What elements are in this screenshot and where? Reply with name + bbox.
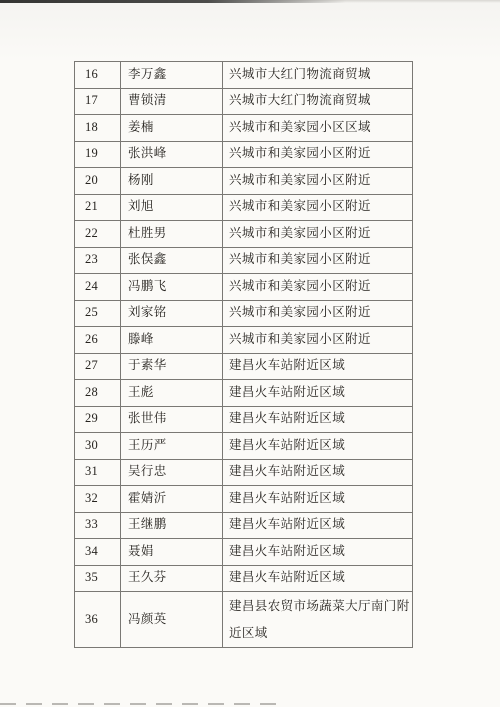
roster-table: 16 李万鑫 兴城市大红门物流商贸城 17 曹锁清 兴城市大红门物流商贸城 18… (74, 61, 413, 648)
location-cell: 兴城市和美家园小区附近 (223, 141, 413, 168)
row-number-cell: 19 (75, 141, 121, 168)
scan-artifact-top-dark-line (0, 0, 346, 3)
location-cell: 兴城市和美家园小区附近 (223, 194, 413, 221)
table-row: 29 张世伟 建昌火车站附近区域 (75, 406, 413, 433)
table-row: 16 李万鑫 兴城市大红门物流商贸城 (75, 62, 413, 89)
row-number-cell: 35 (75, 565, 121, 592)
table-row: 17 曹锁清 兴城市大红门物流商贸城 (75, 88, 413, 115)
location-cell: 建昌火车站附近区域 (223, 380, 413, 407)
row-number-cell: 32 (75, 486, 121, 513)
table-row: 36 冯颜英 建昌县农贸市场蔬菜大厅南门附近区域 (75, 592, 413, 648)
location-cell: 建昌火车站附近区域 (223, 486, 413, 513)
location-cell: 兴城市和美家园小区附近 (223, 247, 413, 274)
person-name-cell: 冯颜英 (121, 592, 223, 648)
row-number-cell: 27 (75, 353, 121, 380)
row-number-cell: 28 (75, 380, 121, 407)
table-row: 20 杨刚 兴城市和美家园小区附近 (75, 168, 413, 195)
person-name-cell: 冯鹏飞 (121, 274, 223, 301)
location-cell: 建昌火车站附近区域 (223, 459, 413, 486)
table-row: 33 王继鹏 建昌火车站附近区域 (75, 512, 413, 539)
table-row: 18 姜楠 兴城市和美家园小区区域 (75, 115, 413, 142)
person-name-cell: 吴行忠 (121, 459, 223, 486)
table-row: 30 王历严 建昌火车站附近区域 (75, 433, 413, 460)
person-name-cell: 刘家铭 (121, 300, 223, 327)
scan-artifact-bottom-edge (0, 703, 286, 705)
person-name-cell: 于素华 (121, 353, 223, 380)
roster-table-container: 16 李万鑫 兴城市大红门物流商贸城 17 曹锁清 兴城市大红门物流商贸城 18… (74, 61, 413, 648)
row-number-cell: 34 (75, 539, 121, 566)
row-number-cell: 31 (75, 459, 121, 486)
table-row: 23 张俣鑫 兴城市和美家园小区附近 (75, 247, 413, 274)
location-cell: 建昌火车站附近区域 (223, 539, 413, 566)
person-name-cell: 刘旭 (121, 194, 223, 221)
row-number-cell: 30 (75, 433, 121, 460)
row-number-cell: 24 (75, 274, 121, 301)
person-name-cell: 王久芬 (121, 565, 223, 592)
location-cell: 兴城市和美家园小区附近 (223, 221, 413, 248)
location-cell: 兴城市和美家园小区附近 (223, 274, 413, 301)
location-cell: 建昌火车站附近区域 (223, 353, 413, 380)
row-number-cell: 36 (75, 592, 121, 648)
person-name-cell: 曹锁清 (121, 88, 223, 115)
location-cell: 兴城市大红门物流商贸城 (223, 62, 413, 89)
person-name-cell: 王历严 (121, 433, 223, 460)
person-name-cell: 王继鹏 (121, 512, 223, 539)
table-row: 22 杜胜男 兴城市和美家园小区附近 (75, 221, 413, 248)
table-row: 28 王彪 建昌火车站附近区域 (75, 380, 413, 407)
location-cell: 建昌火车站附近区域 (223, 512, 413, 539)
table-row: 31 吴行忠 建昌火车站附近区域 (75, 459, 413, 486)
person-name-cell: 李万鑫 (121, 62, 223, 89)
person-name-cell: 滕峰 (121, 327, 223, 354)
location-cell: 兴城市大红门物流商贸城 (223, 88, 413, 115)
person-name-cell: 杜胜男 (121, 221, 223, 248)
row-number-cell: 17 (75, 88, 121, 115)
table-row: 26 滕峰 兴城市和美家园小区附近 (75, 327, 413, 354)
table-row: 34 聂娟 建昌火车站附近区域 (75, 539, 413, 566)
paper-shading (0, 0, 500, 60)
person-name-cell: 张俣鑫 (121, 247, 223, 274)
row-number-cell: 25 (75, 300, 121, 327)
row-number-cell: 16 (75, 62, 121, 89)
person-name-cell: 王彪 (121, 380, 223, 407)
person-name-cell: 张洪峰 (121, 141, 223, 168)
scanned-document-page: { "colors":{ "paper":"#fbfaf7", "ink":"#… (0, 0, 500, 707)
location-cell: 建昌火车站附近区域 (223, 565, 413, 592)
row-number-cell: 22 (75, 221, 121, 248)
row-number-cell: 20 (75, 168, 121, 195)
person-name-cell: 张世伟 (121, 406, 223, 433)
person-name-cell: 杨刚 (121, 168, 223, 195)
table-row: 19 张洪峰 兴城市和美家园小区附近 (75, 141, 413, 168)
person-name-cell: 聂娟 (121, 539, 223, 566)
roster-table-body: 16 李万鑫 兴城市大红门物流商贸城 17 曹锁清 兴城市大红门物流商贸城 18… (75, 62, 413, 648)
row-number-cell: 18 (75, 115, 121, 142)
location-cell: 兴城市和美家园小区附近 (223, 327, 413, 354)
table-row: 32 霍婧沂 建昌火车站附近区域 (75, 486, 413, 513)
row-number-cell: 33 (75, 512, 121, 539)
person-name-cell: 霍婧沂 (121, 486, 223, 513)
location-cell: 建昌火车站附近区域 (223, 406, 413, 433)
table-row: 27 于素华 建昌火车站附近区域 (75, 353, 413, 380)
location-cell: 兴城市和美家园小区附近 (223, 168, 413, 195)
row-number-cell: 23 (75, 247, 121, 274)
row-number-cell: 26 (75, 327, 121, 354)
scan-artifact-top-edge (0, 0, 500, 3)
table-row: 35 王久芬 建昌火车站附近区域 (75, 565, 413, 592)
table-row: 21 刘旭 兴城市和美家园小区附近 (75, 194, 413, 221)
table-row: 25 刘家铭 兴城市和美家园小区附近 (75, 300, 413, 327)
location-cell: 兴城市和美家园小区附近 (223, 300, 413, 327)
location-cell: 建昌火车站附近区域 (223, 433, 413, 460)
person-name-cell: 姜楠 (121, 115, 223, 142)
location-cell: 建昌县农贸市场蔬菜大厅南门附近区域 (223, 592, 413, 648)
table-row: 24 冯鹏飞 兴城市和美家园小区附近 (75, 274, 413, 301)
location-cell: 兴城市和美家园小区区域 (223, 115, 413, 142)
row-number-cell: 29 (75, 406, 121, 433)
row-number-cell: 21 (75, 194, 121, 221)
